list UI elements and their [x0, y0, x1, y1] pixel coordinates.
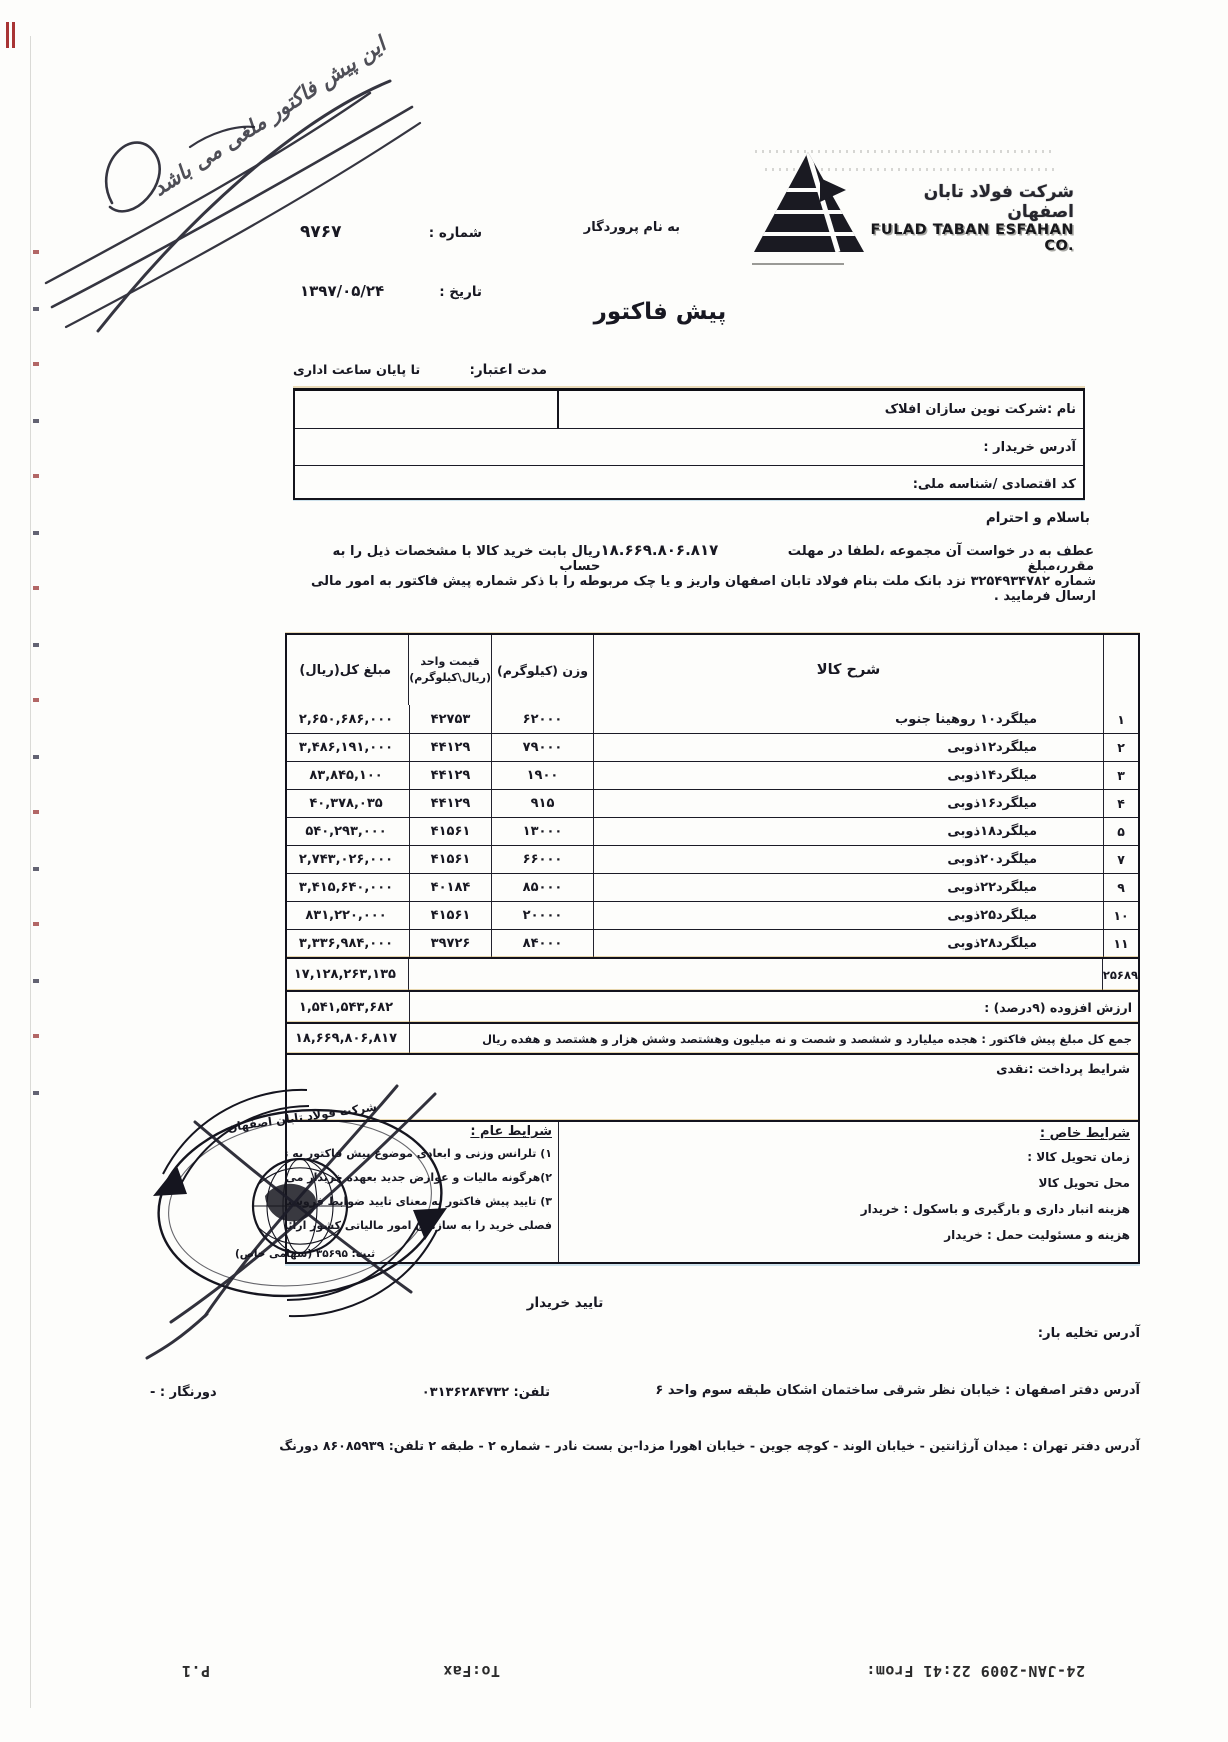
buyer-address-label: آدرس خریدار :	[983, 440, 1076, 455]
weight-sum-value: ۲۵۶۸۹	[1102, 959, 1138, 990]
table-row: ۱ میلگرد۱۰ روهینا جنوب ۶۲۰۰۰ ۴۲۷۵۳ ۲,۶۵۰…	[287, 705, 1138, 733]
invoice-number-value: ۹۷۶۷	[300, 222, 342, 242]
cell-weight: ۶۲۰۰۰	[491, 705, 593, 733]
cell-row-number: ۹	[1103, 874, 1138, 901]
special-terms-title: شرایط خاص :	[567, 1126, 1130, 1141]
fax-document-page: این پیش فاکتور ملغی می باشد شرکت فولاد ت…	[0, 0, 1228, 1742]
fax-page-number: P.1	[150, 1662, 210, 1680]
logo-caption-line	[752, 263, 844, 265]
company-name-en: FULAD TABAN ESFAHAN CO.	[858, 222, 1074, 254]
stamp-company-type: (سهامی خاص)	[235, 1248, 312, 1260]
cell-row-number: ۱۱	[1103, 930, 1138, 957]
company-name-fa: شرکت فولاد تابان اصفهان	[858, 182, 1074, 222]
table-row: ۹ میلگرد۲۲ذوبی ۸۵۰۰۰ ۴۰۱۸۴ ۳,۴۱۵,۶۴۰,۰۰۰	[287, 873, 1138, 901]
cell-total: ۳,۴۱۵,۶۴۰,۰۰۰	[283, 874, 409, 901]
weight-sum-row: ۲۵۶۸۹ ۱۷,۱۲۸,۲۶۳,۱۳۵	[287, 957, 1138, 990]
vat-row: ارزش افزوده (۹درصد) : ۱,۵۴۱,۵۴۳,۶۸۲	[287, 990, 1138, 1022]
cell-total: ۳,۴۸۶,۱۹۱,۰۰۰	[283, 734, 409, 761]
esfahan-fax: دورنگار : -	[150, 1385, 217, 1400]
grand-total-value: ۱۸,۶۶۹,۸۰۶,۸۱۷	[283, 1024, 409, 1053]
cell-unit-price: ۴۱۵۶۱	[409, 818, 491, 845]
invoice-number-label: شماره :	[429, 225, 482, 241]
buyer-info-box: نام :شرکت نوین سازان افلاک آدرس خریدار :…	[293, 388, 1085, 500]
header-weight: وزن (کیلوگرم)	[491, 635, 593, 705]
invoice-number-row: شماره : ۹۷۶۷	[300, 222, 482, 242]
cell-row-number: ۳	[1103, 762, 1138, 789]
validity-label: مدت اعتبار:	[469, 362, 547, 378]
fax-timestamp: 24-JAN-2009 22:41 From:	[815, 1662, 1085, 1680]
scan-corner-mark	[6, 22, 18, 48]
buyer-name: نام :شرکت نوین سازان افلاک	[885, 402, 1076, 417]
cell-row-number: ۷	[1103, 846, 1138, 873]
buyer-economic-code-row: کد اقتصادی /شناسه ملی:	[295, 465, 1083, 502]
header-row-number	[1103, 635, 1138, 705]
buyer-address-row: آدرس خریدار :	[295, 428, 1083, 465]
unload-address-label: آدرس تخلیه بار:	[1000, 1326, 1140, 1341]
letter-line-1: عطف به در خواست آن مجموعه ،لطفا در مهلت …	[288, 541, 1094, 574]
cell-unit-price: ۴۱۵۶۱	[409, 902, 491, 929]
grand-total-label: جمع کل مبلغ پیش فاکتور : هجده میلیارد و …	[409, 1024, 1138, 1053]
cell-description: میلگرد۲۲ذوبی	[593, 874, 1103, 901]
invoice-date-label: تاریخ :	[439, 284, 482, 300]
salutation: باسلام و احترام	[940, 510, 1090, 526]
table-row: ۱۱ میلگرد۲۸ذوبی ۸۴۰۰۰ ۳۹۷۲۶ ۳,۳۳۶,۹۸۴,۰۰…	[287, 929, 1138, 957]
cell-row-number: ۱	[1103, 705, 1138, 733]
table-row: ۷ میلگرد۲۰ذوبی ۶۶۰۰۰ ۴۱۵۶۱ ۲,۷۴۳,۰۲۶,۰۰۰	[287, 845, 1138, 873]
cell-total: ۲,۷۴۳,۰۲۶,۰۰۰	[283, 846, 409, 873]
buyer-economic-code-label: کد اقتصادی /شناسه ملی:	[913, 477, 1076, 492]
cell-description: میلگرد۱۶ذوبی	[593, 790, 1103, 817]
cell-unit-price: ۴۴۱۲۹	[409, 790, 491, 817]
esfahan-office-address: آدرس دفتر اصفهان : خیابان نظر شرقی ساختم…	[556, 1383, 1140, 1398]
esfahan-phone: تلفن: ۰۳۱۳۶۲۸۴۷۳۲	[422, 1385, 550, 1400]
amount-sum-value: ۱۷,۱۲۸,۲۶۳,۱۳۵	[282, 959, 408, 990]
terms-line: محل تحویل کالا	[567, 1170, 1130, 1196]
terms-line: هزینه انبار داری و بارگیری و باسکول : خر…	[567, 1196, 1130, 1222]
header-unit-price-line1: قیمت واحد	[420, 654, 479, 670]
cell-unit-price: ۳۹۷۲۶	[409, 930, 491, 957]
table-row: ۴ میلگرد۱۶ذوبی ۹۱۵ ۴۴۱۲۹ ۴۰,۳۷۸,۰۳۵	[287, 789, 1138, 817]
cell-description: میلگرد۲۰ذوبی	[593, 846, 1103, 873]
table-row: ۲ میلگرد۱۲ذوبی ۷۹۰۰۰ ۴۴۱۲۹ ۳,۴۸۶,۱۹۱,۰۰۰	[287, 733, 1138, 761]
scan-edge-ticks	[33, 250, 39, 1105]
cell-unit-price: ۴۴۱۲۹	[409, 734, 491, 761]
table-header-row: شرح کالا وزن (کیلوگرم) قیمت واحد (ریال\ک…	[287, 635, 1138, 705]
grand-total-row: جمع کل مبلغ پیش فاکتور : هجده میلیارد و …	[287, 1022, 1138, 1053]
stamp-registration-number: ثبت: ۳۵۶۹۵	[316, 1248, 375, 1260]
table-row: ۳ میلگرد۱۴ذوبی ۱۹۰۰ ۴۴۱۲۹ ۸۳,۸۴۵,۱۰۰	[287, 761, 1138, 789]
empty-merged-cell	[408, 959, 1102, 990]
invoice-date-row: تاریخ : ۱۳۹۷/۰۵/۲۴	[300, 282, 482, 300]
cell-total: ۸۳۱,۲۲۰,۰۰۰	[283, 902, 409, 929]
header-unit-price-line2: (ریال\کیلوگرم)	[409, 670, 491, 686]
company-logo-icon	[750, 148, 870, 263]
cell-total: ۸۳,۸۴۵,۱۰۰	[283, 762, 409, 789]
cell-total: ۵۴۰,۲۹۳,۰۰۰	[283, 818, 409, 845]
letter-body-end: ریال بابت خرید کالا با مشخصات ذیل را به …	[288, 544, 600, 574]
cell-row-number: ۴	[1103, 790, 1138, 817]
company-letterhead: شرکت فولاد تابان اصفهان FULAD TABAN ESFA…	[858, 182, 1074, 254]
cell-unit-price: ۴۲۷۵۳	[409, 705, 491, 733]
cell-weight: ۶۶۰۰۰	[491, 846, 593, 873]
cell-unit-price: ۴۰۱۸۴	[409, 874, 491, 901]
special-terms-section: شرایط خاص : زمان تحویل کالا :محل تحویل ک…	[558, 1122, 1138, 1262]
cell-unit-price: ۴۴۱۲۹	[409, 762, 491, 789]
letter-body-start: عطف به در خواست آن مجموعه ،لطفا در مهلت …	[718, 544, 1094, 574]
table-row: ۱۰ میلگرد۲۵ذوبی ۲۰۰۰۰ ۴۱۵۶۱ ۸۳۱,۲۲۰,۰۰۰	[287, 901, 1138, 929]
cell-unit-price: ۴۱۵۶۱	[409, 846, 491, 873]
special-terms-list: زمان تحویل کالا :محل تحویل کالاهزینه انب…	[567, 1144, 1130, 1248]
cell-description: میلگرد۱۴ذوبی	[593, 762, 1103, 789]
terms-line: زمان تحویل کالا :	[567, 1144, 1130, 1170]
cell-description: میلگرد۱۸ذوبی	[593, 818, 1103, 845]
handwritten-scribble	[40, 55, 450, 355]
cell-weight: ۸۵۰۰۰	[491, 874, 593, 901]
stamp-registration: ثبت: ۳۵۶۹۵ (سهامی خاص)	[213, 1248, 397, 1260]
cell-row-number: ۲	[1103, 734, 1138, 761]
validity-row: مدت اعتبار: تا پایان ساعت اداری	[293, 362, 547, 378]
cell-weight: ۱۳۰۰۰	[491, 818, 593, 845]
cell-total: ۲,۶۵۰,۶۸۶,۰۰۰	[283, 705, 409, 733]
header-total: مبلغ کل(ریال)	[282, 635, 408, 705]
vat-value: ۱,۵۴۱,۵۴۳,۶۸۲	[283, 992, 409, 1022]
cell-description: میلگرد۲۵ذوبی	[593, 902, 1103, 929]
cell-row-number: ۵	[1103, 818, 1138, 845]
buyer-name-row: نام :شرکت نوین سازان افلاک	[295, 391, 1083, 428]
cell-description: میلگرد۱۰ روهینا جنوب	[593, 705, 1103, 733]
cell-weight: ۱۹۰۰	[491, 762, 593, 789]
cell-weight: ۸۴۰۰۰	[491, 930, 593, 957]
terms-line: هزینه و مسئولیت حمل : خریدار	[567, 1222, 1130, 1248]
cell-weight: ۹۱۵	[491, 790, 593, 817]
letter-amount: ۱۸.۶۶۹.۸۰۶.۸۱۷	[600, 541, 718, 559]
cell-divider	[557, 391, 559, 428]
goods-table-body: ۱ میلگرد۱۰ روهینا جنوب ۶۲۰۰۰ ۴۲۷۵۳ ۲,۶۵۰…	[287, 705, 1138, 957]
buyer-approval-label: تایید خریدار	[470, 1295, 660, 1311]
cell-total: ۴۰,۳۷۸,۰۳۵	[283, 790, 409, 817]
header-unit-price: قیمت واحد (ریال\کیلوگرم)	[408, 635, 491, 705]
table-row: ۵ میلگرد۱۸ذوبی ۱۳۰۰۰ ۴۱۵۶۱ ۵۴۰,۲۹۳,۰۰۰	[287, 817, 1138, 845]
bismillah-text: به نام پروردگار	[560, 220, 680, 235]
scan-edge-line	[30, 36, 31, 1708]
invoice-date-value: ۱۳۹۷/۰۵/۲۴	[300, 282, 384, 300]
cell-total: ۳,۳۳۶,۹۸۴,۰۰۰	[283, 930, 409, 957]
letter-line-2: شماره ۳۲۵۴۹۳۴۷۸۲ نزد بانک ملت بنام فولاد…	[288, 574, 1096, 604]
cell-description: میلگرد۲۸ذوبی	[593, 930, 1103, 957]
validity-value: تا پایان ساعت اداری	[293, 363, 420, 378]
cell-description: میلگرد۱۲ذوبی	[593, 734, 1103, 761]
tehran-office-address: آدرس دفتر تهران : میدان آرژانتین - خیابا…	[60, 1438, 1140, 1453]
cell-row-number: ۱۰	[1103, 902, 1138, 929]
vat-label: ارزش افزوده (۹درصد) :	[409, 992, 1138, 1022]
page-title: پیش فاکتور	[520, 299, 800, 325]
header-description: شرح کالا	[593, 635, 1103, 705]
cell-weight: ۷۹۰۰۰	[491, 734, 593, 761]
cell-weight: ۲۰۰۰۰	[491, 902, 593, 929]
fax-recipient: To:Fax	[405, 1662, 500, 1680]
esfahan-contact-row: تلفن: ۰۳۱۳۶۲۸۴۷۳۲ دورنگار : -	[150, 1385, 550, 1400]
